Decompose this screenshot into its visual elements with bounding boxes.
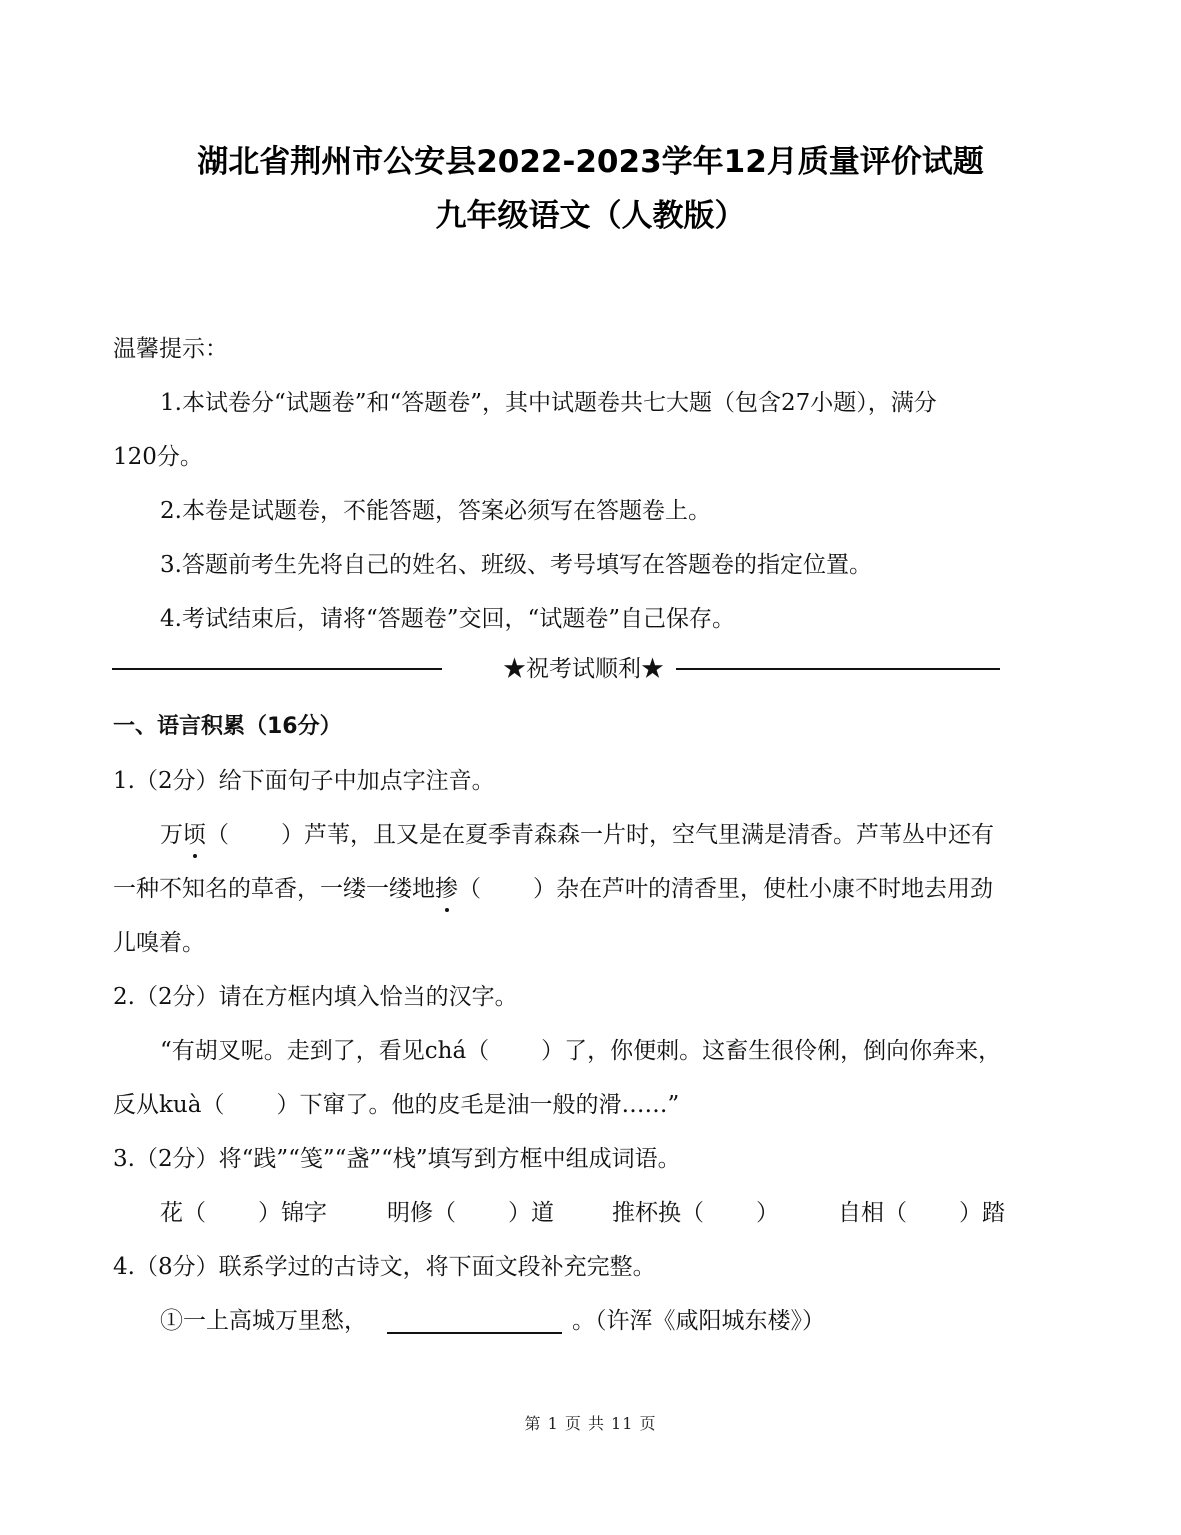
question-1-passage-line-3: 儿嗅着。 <box>113 928 205 958</box>
poem-item-1-after: 。（许浑《咸阳城东楼》） <box>572 1306 825 1336</box>
question-1-passage-line-2: 一种不知名的草香，一缕一缕地掺（）杂在芦叶的清香里，使杜小康不时地去用劲 <box>113 874 993 904</box>
page-number: 第 1 页 共 11 页 <box>0 1411 1181 1434</box>
passage-text: ）杂在芦叶的清香里，使杜小康不时地去用劲 <box>533 876 993 902</box>
passage-text: ）了，你便刺。这畜生很伶俐，倒向你奔来， <box>541 1038 1001 1064</box>
notice-item-1-cont: 120分。 <box>113 442 203 472</box>
notice-item-1: 1.本试卷分“试题卷”和“答题卷”，其中试题卷共七大题（包含27小题），满分 <box>160 388 937 418</box>
divider-text: ★祝考试顺利★ <box>503 654 664 684</box>
notice-item-4: 4.考试结束后，请将“答题卷”交回，“试题卷”自己保存。 <box>160 604 735 634</box>
word-suffix: ）踏 <box>959 1200 1005 1226</box>
paren-open: （ <box>206 822 229 848</box>
question-2-passage-line-1: “有胡叉呢。走到了，看见chá（）了，你便刺。这畜生很伶俐，倒向你奔来， <box>160 1036 1001 1066</box>
question-text: （2分）将“践”“笺”“盏”“栈”填写到方框中组成词语。 <box>135 1146 681 1172</box>
exam-title: 湖北省荆州市公安县2022-2023学年12月质量评价试题 <box>0 136 1181 181</box>
word-blank-1: 花（）锦字 <box>160 1198 327 1228</box>
word-prefix: 推杯换（ <box>612 1200 704 1226</box>
question-number: 4. <box>113 1254 135 1280</box>
question-1-prompt: 1.（2分）给下面句子中加点字注音。 <box>113 766 495 796</box>
dotted-char: 掺 <box>435 874 458 904</box>
dotted-char: 顷 <box>183 820 206 850</box>
exam-page: 湖北省荆州市公安县2022-2023学年12月质量评价试题 九年级语文（人教版）… <box>0 0 1181 1535</box>
question-number: 2. <box>113 984 135 1010</box>
notice-item-2: 2.本卷是试题卷，不能答题，答案必须写在答题卷上。 <box>160 496 711 526</box>
passage-text: ）下窜了。他的皮毛是油一般的滑……” <box>276 1092 679 1118</box>
exam-subtitle: 九年级语文（人教版） <box>0 190 1181 235</box>
question-text: （8分）联系学过的古诗文，将下面文段补充完整。 <box>135 1254 656 1280</box>
word-prefix: 明修（ <box>387 1200 456 1226</box>
passage-text: 一种不知名的草香，一缕一缕地 <box>113 876 435 902</box>
passage-text: 万 <box>160 822 183 848</box>
question-2-passage-line-2: 反从kuà（）下窜了。他的皮毛是油一般的滑……” <box>113 1090 679 1120</box>
word-suffix: ）锦字 <box>258 1200 327 1226</box>
word-blank-2: 明修（）道 <box>387 1198 554 1228</box>
question-4-prompt: 4.（8分）联系学过的古诗文，将下面文段补充完整。 <box>113 1252 656 1282</box>
question-number: 3. <box>113 1146 135 1172</box>
question-text: （2分）请在方框内填入恰当的汉字。 <box>135 984 518 1010</box>
divider-rule-left <box>112 668 442 670</box>
paren-open: （ <box>458 876 481 902</box>
passage-text: 反从kuà（ <box>113 1092 224 1118</box>
passage-text: ）芦苇，且又是在夏季青森森一片时，空气里满是清香。芦苇丛中还有 <box>281 822 994 848</box>
poem-item-1-before: ①一上高城万里愁， <box>160 1306 367 1336</box>
word-suffix: ） <box>756 1200 779 1226</box>
word-prefix: 自相（ <box>838 1200 907 1226</box>
question-2-prompt: 2.（2分）请在方框内填入恰当的汉字。 <box>113 982 518 1012</box>
question-1-passage-line-1: 万顷（）芦苇，且又是在夏季青森森一片时，空气里满是清香。芦苇丛中还有 <box>160 820 994 850</box>
passage-text: “有胡叉呢。走到了，看见chá（ <box>160 1038 489 1064</box>
poem-fill-blank[interactable] <box>387 1332 562 1334</box>
section-heading: 一、语言积累（16分） <box>113 712 342 742</box>
question-text: （2分）给下面句子中加点字注音。 <box>135 768 495 794</box>
question-number: 1. <box>113 768 135 794</box>
word-blank-4: 自相（）踏 <box>838 1198 1005 1228</box>
word-prefix: 花（ <box>160 1200 206 1226</box>
notice-label: 温馨提示： <box>113 334 228 364</box>
notice-item-3: 3.答题前考生先将自己的姓名、班级、考号填写在答题卷的指定位置。 <box>160 550 872 580</box>
word-suffix: ）道 <box>508 1200 554 1226</box>
word-blank-3: 推杯换（） <box>612 1198 779 1228</box>
divider-rule-right <box>676 668 1000 670</box>
question-3-prompt: 3.（2分）将“践”“笺”“盏”“栈”填写到方框中组成词语。 <box>113 1144 681 1174</box>
